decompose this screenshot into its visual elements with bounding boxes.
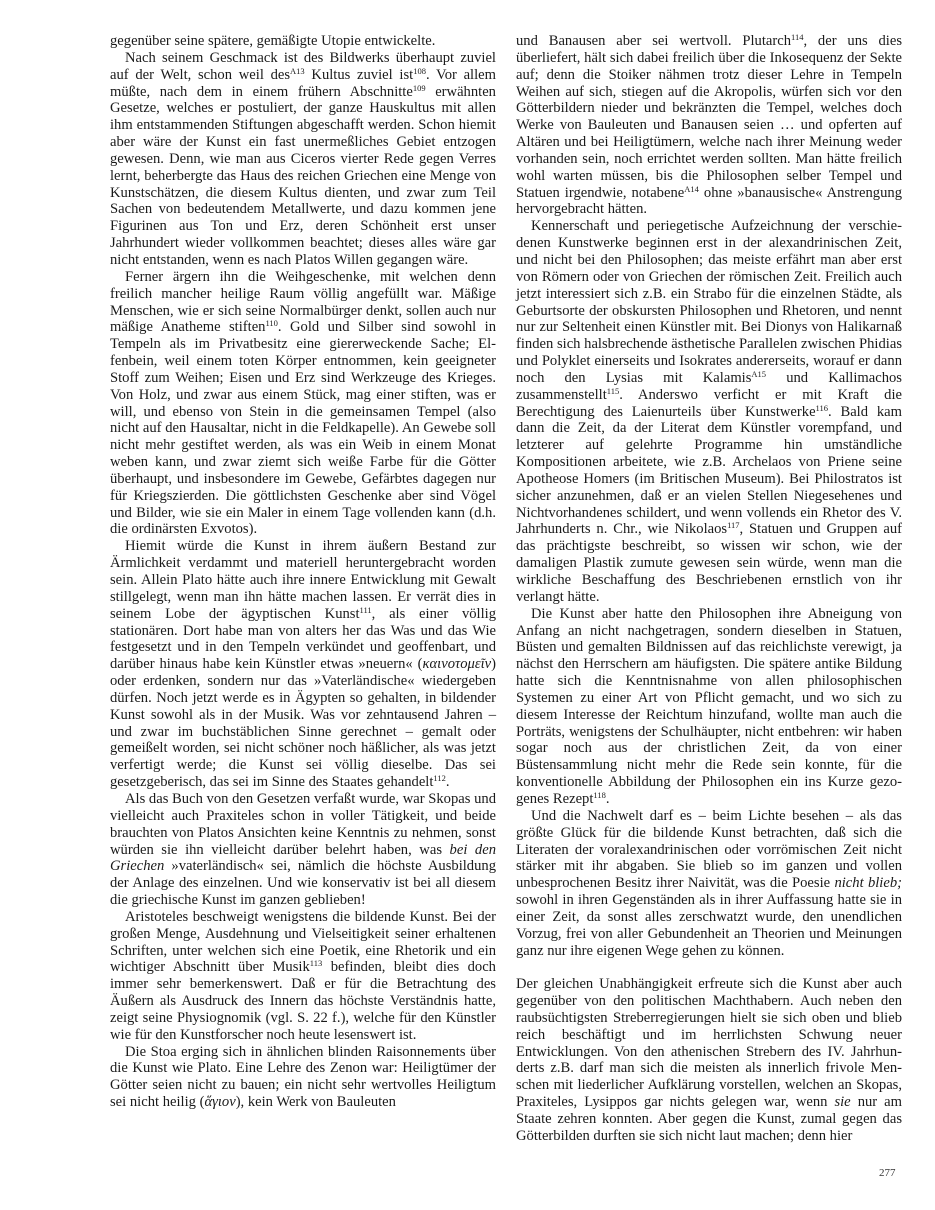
text-run: »vaterländisch« sei, nämlich die höchste… [110, 858, 496, 908]
document-page: gegenüber seine spätere, gemäßigte Utopi… [0, 0, 935, 1210]
footnote-reference: 117 [727, 520, 739, 530]
paragraph: Die Kunst aber hatte den Philosophen ihr… [516, 606, 902, 808]
footnote-reference: 116 [816, 403, 828, 413]
text-run: Der gleichen Unabhängigkeit erfreute sic… [516, 976, 902, 1110]
footnote-reference: A14 [684, 184, 699, 194]
emphasis-text: ἅγιον [204, 1094, 235, 1110]
paragraph: Als das Buch von den Gesetzen verfaßt wu… [110, 791, 496, 909]
footnote-reference: 114 [791, 32, 803, 42]
text-run: Kultus zuviel ist [305, 67, 414, 83]
footnote-reference: 115 [607, 386, 619, 396]
text-run: . Bald kam dann die Zeit, da der Literat… [516, 404, 902, 538]
footnote-reference: 112 [433, 773, 445, 783]
text-run: . [446, 774, 450, 790]
paragraph: Aristoteles beschweigt wenigstens die bi… [110, 909, 496, 1044]
emphasis-text: sie [834, 1094, 850, 1110]
paragraph: Der gleichen Unabhängigkeit erfreute sic… [516, 976, 902, 1144]
text-run: und Banausen aber sei wertvoll. Plutarch [516, 33, 791, 49]
paragraph: Kennerschaft und periegetische Aufzeichn… [516, 218, 902, 605]
paragraph: Nach seinem Geschmack ist des Bildwerks … [110, 50, 496, 269]
text-run: gegenüber seine spätere, gemäßigte Utopi… [110, 33, 435, 49]
left-text-column: gegenüber seine spätere, gemäßigte Utopi… [110, 33, 496, 1111]
text-run: sowohl in ihren Gegenständen als in ihre… [516, 892, 902, 959]
text-run: . Gold und Silber sind sowohl in Tempeln… [110, 319, 496, 537]
right-text-column: und Banausen aber sei wertvoll. Plutarch… [516, 33, 902, 1145]
footnote-reference: 108 [413, 66, 426, 76]
paragraph: Ferner ärgern ihn die Weihgeschenke, mit… [110, 269, 496, 539]
text-run: erwähnten Gesetze, welches er postuliert… [110, 84, 496, 268]
paragraph: Und die Nachwelt darf es – beim Lichte b… [516, 808, 902, 960]
text-run: . [606, 791, 610, 807]
text-run: Kennerschaft und periegetische Aufzeichn… [516, 218, 902, 386]
text-run: ) oder erdenken, sondern nur das »Vaterl… [110, 656, 496, 790]
text-run: ), kein Werk von Bauleuten [236, 1094, 396, 1110]
text-run: , der uns dies überliefert, hält sich da… [516, 33, 902, 201]
text-run: Die Kunst aber hatte den Philosophen ihr… [516, 606, 902, 807]
footnote-reference: 111 [360, 605, 372, 615]
footnote-reference: A15 [751, 369, 766, 379]
footnote-reference: A13 [290, 66, 305, 76]
paragraph: Die Stoa erging sich in ähnlichen blinde… [110, 1044, 496, 1111]
footnote-reference: 113 [310, 958, 322, 968]
text-run: Als das Buch von den Gesetzen verfaßt wu… [110, 791, 496, 858]
page-number: 277 [879, 1167, 896, 1179]
emphasis-text: καινοτομεῖν [423, 656, 492, 672]
emphasis-text: nicht blieb; [834, 875, 902, 891]
paragraph: Hiemit würde die Kunst in ihrem äußern B… [110, 538, 496, 791]
paragraph: gegenüber seine spätere, gemäßigte Utopi… [110, 33, 496, 50]
footnote-reference: 109 [413, 83, 426, 93]
footnote-reference: 110 [265, 318, 277, 328]
paragraph: und Banausen aber sei wertvoll. Plutarch… [516, 33, 902, 218]
footnote-reference: 118 [593, 790, 605, 800]
